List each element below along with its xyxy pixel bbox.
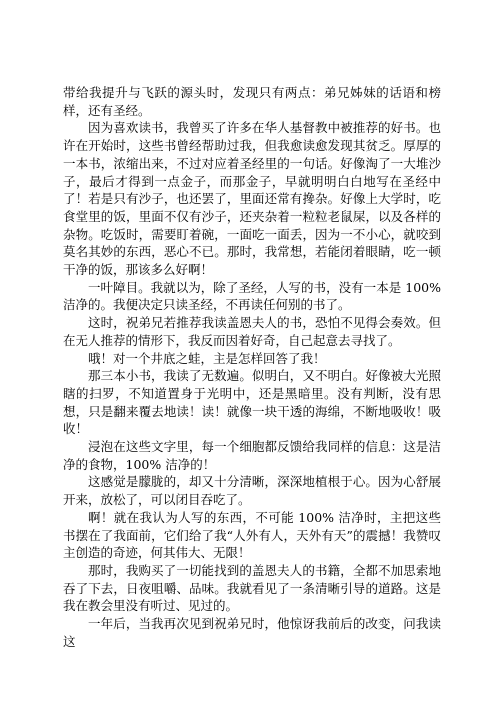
paragraph: 那时，我购买了一切能找到的盖恩夫人的书籍，全都不加思索地吞了下去，日夜咀嚼、品味… [63, 562, 441, 615]
paragraph: 这时，祝弟兄若推荐我读盖恩夫人的书，恐怕不见得会奏效。但在无人推荐的情形下，我反… [63, 314, 441, 349]
paragraph: 哦！对一个井底之蛙，主是怎样回答了我！ [63, 350, 441, 368]
paragraph: 一叶障目。我就以为，除了圣经，人写的书，没有一本是 100%洁净的。我便决定只读… [63, 279, 441, 314]
paragraph: 浸泡在这些文字里，每一个细胞都反馈给我同样的信息：这是洁净的食物，100% 洁净… [63, 438, 441, 473]
document-page: 带给我提升与飞跃的源头时，发现只有两点：弟兄姊妹的话语和榜样，还有圣经。 因为喜… [0, 0, 501, 711]
paragraph: 啊！就在我认为人写的东西，不可能 100% 洁净时，主把这些书摆在了我面前，它们… [63, 509, 441, 562]
paragraph: 那三本小书，我读了无数遍。似明白，又不明白。好像被大光照瞎的扫罗，不知道置身于光… [63, 367, 441, 438]
paragraph: 因为喜欢读书，我曾买了许多在华人基督教中被推荐的好书。也许在开始时，这些书曾经帮… [63, 119, 441, 278]
text-block: 带给我提升与飞跃的源头时，发现只有两点：弟兄姊妹的话语和榜样，还有圣经。 因为喜… [63, 84, 441, 651]
paragraph: 这感觉是朦胧的，却又十分清晰，深深地植根于心。因为心舒展开来，放松了，可以闭目吞… [63, 473, 441, 508]
paragraph-continuation: 带给我提升与飞跃的源头时，发现只有两点：弟兄姊妹的话语和榜样，还有圣经。 [63, 84, 441, 119]
paragraph-last: 一年后，当我再次见到祝弟兄时，他惊讶我前后的改变，问我读这 [63, 615, 441, 650]
